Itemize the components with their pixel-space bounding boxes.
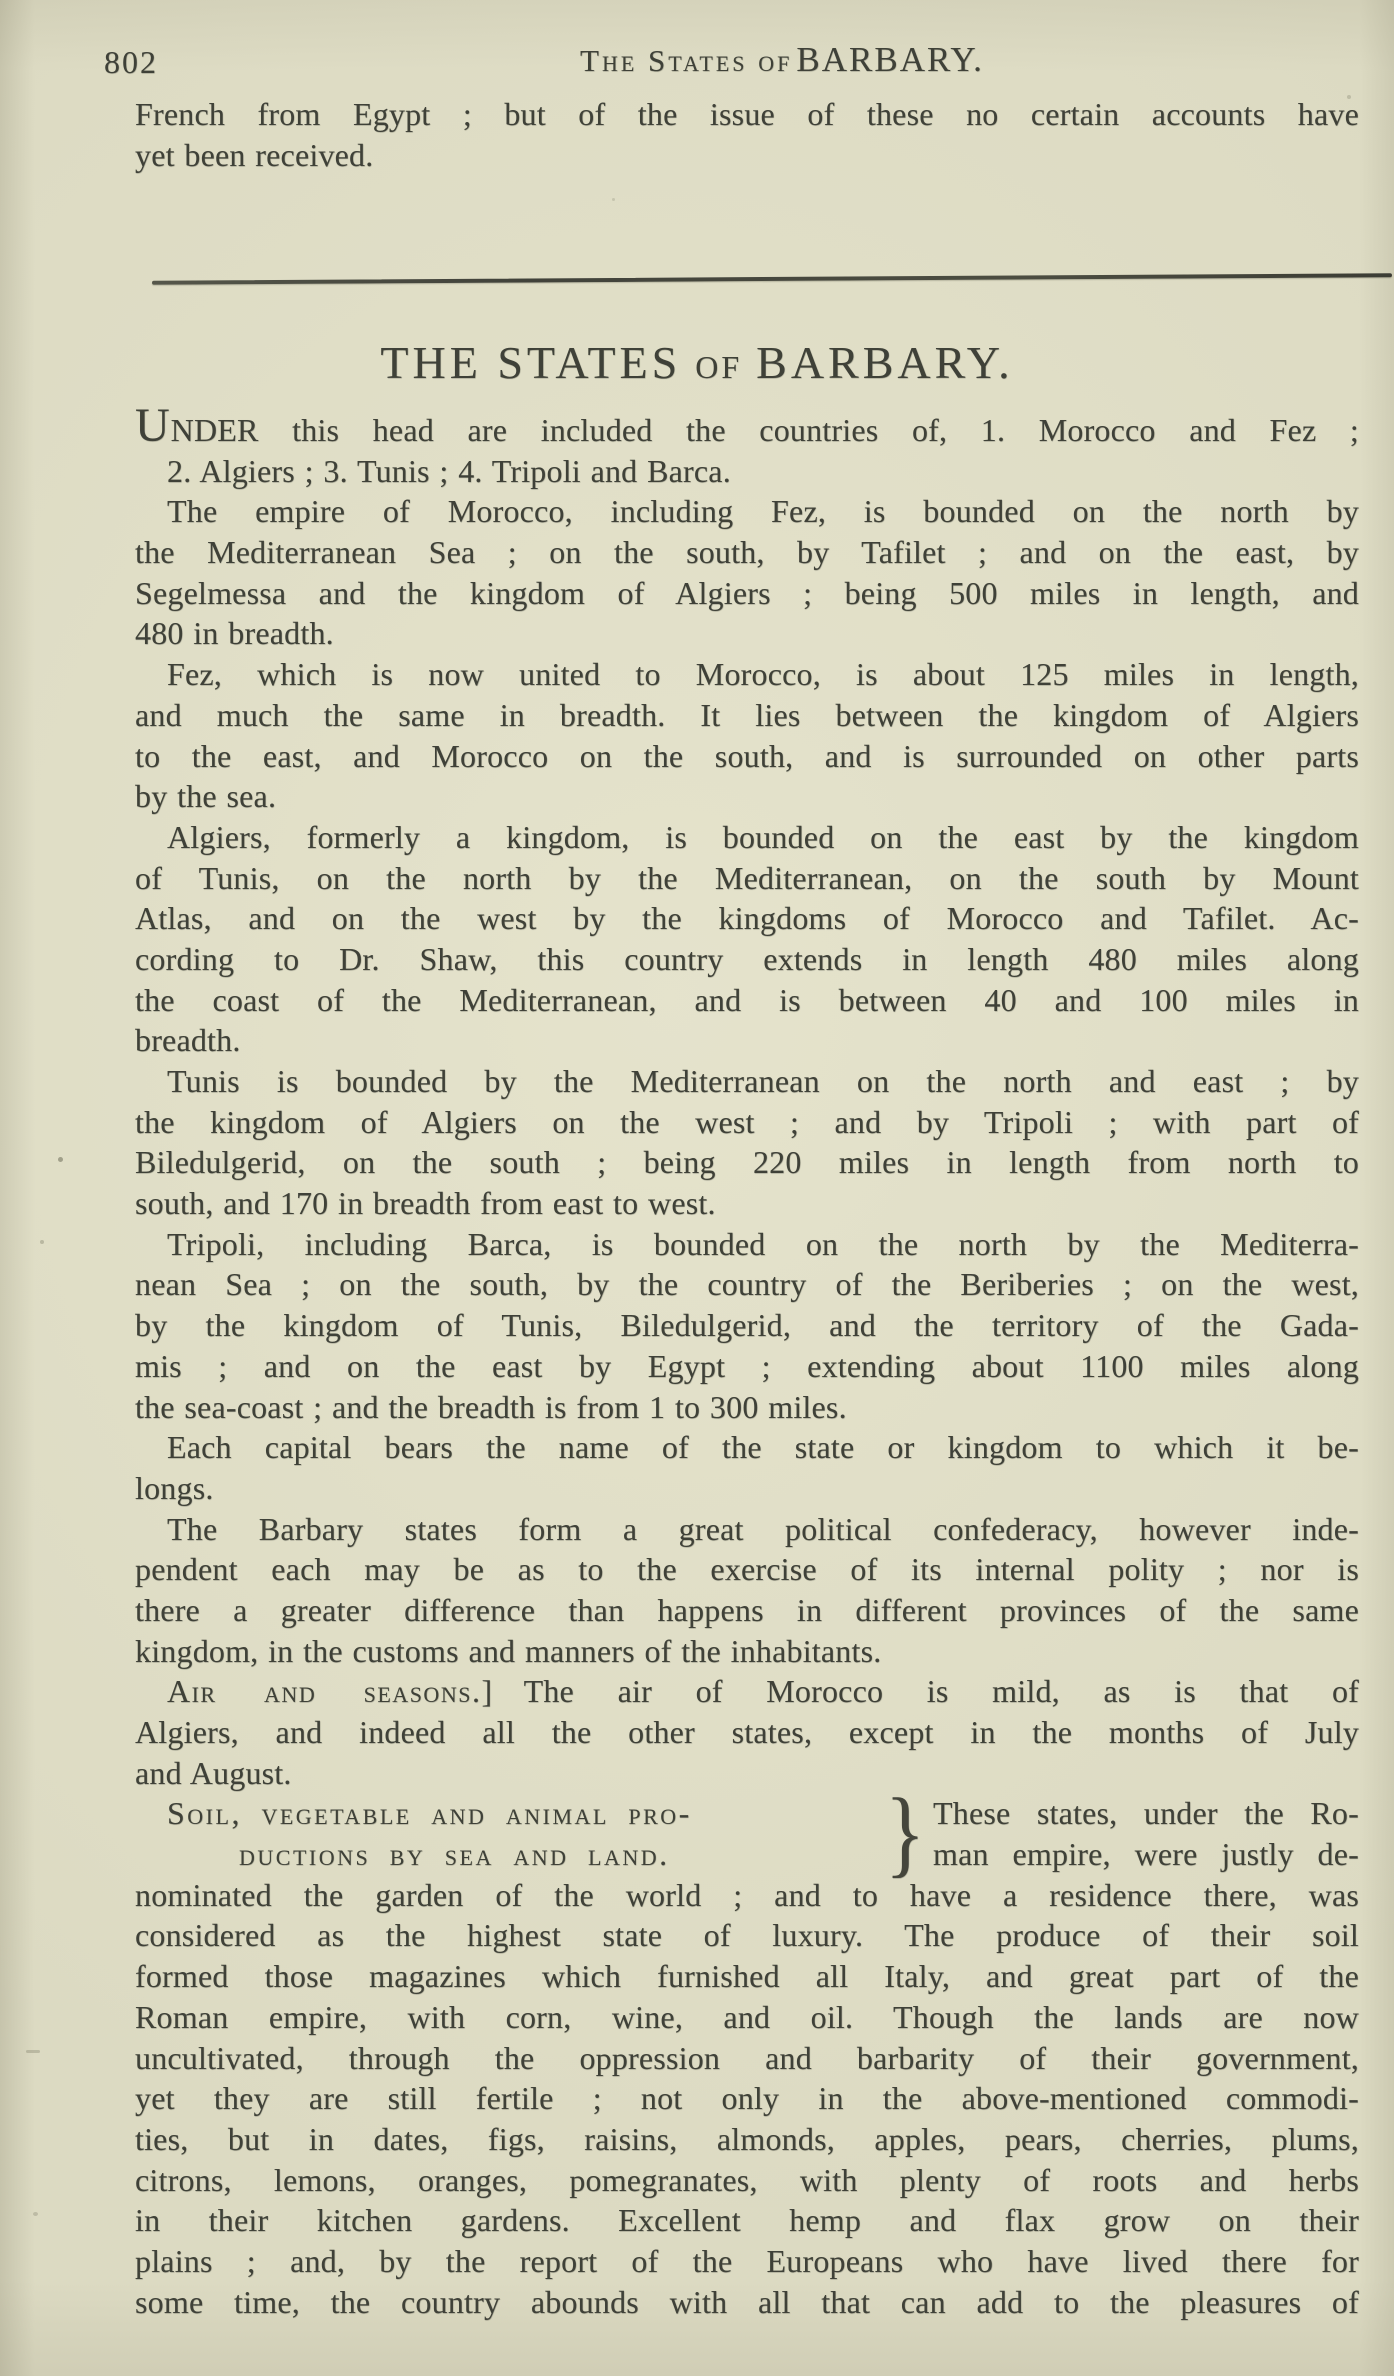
text-line: Algiers, and indeed all the other states… <box>135 1712 1359 1753</box>
text-line: Tunis is bounded by the Mediterranean on… <box>135 1061 1359 1102</box>
text-line: 480 in breadth. <box>135 613 1359 654</box>
text-line: mis ; and on the east by Egypt ; extendi… <box>135 1346 1359 1387</box>
text-line: some time, the country abounds with all … <box>135 2282 1359 2323</box>
scan-speck <box>33 2212 38 2216</box>
intro-paragraph: French from Egypt ; but of the issue of … <box>135 94 1359 175</box>
text-line: the Mediterranean Sea ; on the south, by… <box>135 532 1359 573</box>
text-line: to the east, and Morocco on the south, a… <box>135 736 1359 777</box>
soil-productions-brace-block: Soil, vegetable and animal pro-ductions … <box>135 1793 1359 1874</box>
text-line: nean Sea ; on the south, by the country … <box>135 1264 1359 1305</box>
text-line: formed those magazines which furnished a… <box>135 1956 1359 1997</box>
text-run: The air of Morocco is mild, as is that o… <box>524 1673 1359 1709</box>
text-line: Biledulgerid, on the south ; being 220 m… <box>135 1142 1359 1183</box>
text-line: French from Egypt ; but of the issue of … <box>135 94 1359 135</box>
text-line: the kingdom of Algiers on the west ; and… <box>135 1102 1359 1143</box>
section-label-line: Soil, vegetable and animal pro- <box>135 1793 877 1834</box>
brace-left-label: Soil, vegetable and animal pro-ductions … <box>135 1793 877 1874</box>
text-line: man empire, were justly de- <box>933 1834 1359 1875</box>
section-title-of: of <box>695 337 742 388</box>
text-line: pendent each may be as to the exercise o… <box>135 1549 1359 1590</box>
text-line: uncultivated, through the oppression and… <box>135 2038 1359 2079</box>
section-title-emphasis: BARBARY. <box>756 337 1013 388</box>
text-line: and August. <box>135 1753 1359 1794</box>
text-line: kingdom, in the customs and manners of t… <box>135 1631 1359 1672</box>
text-line: longs. <box>135 1468 1359 1509</box>
running-head-emphasis: BARBARY. <box>796 40 984 79</box>
text-line: in their kitchen gardens. Excellent hemp… <box>135 2200 1359 2241</box>
scan-speck <box>26 2050 40 2053</box>
running-head-lead: The States of <box>580 43 792 78</box>
text-line: yet been received. <box>135 135 1359 176</box>
text-line: The empire of Morocco, including Fez, is… <box>135 491 1359 532</box>
text-line: there a greater difference than happens … <box>135 1590 1359 1631</box>
text-line: 2. Algiers ; 3. Tunis ; 4. Tripoli and B… <box>135 451 1359 492</box>
text-line: citrons, lemons, oranges, pomegranates, … <box>135 2160 1359 2201</box>
section-label-line: ductions by sea and land. <box>135 1834 877 1875</box>
text-line: Atlas, and on the west by the kingdoms o… <box>135 898 1359 939</box>
text-line: ties, but in dates, figs, raisins, almon… <box>135 2119 1359 2160</box>
section-title: THE STATES of BARBARY. <box>0 336 1394 389</box>
text-line: Tripoli, including Barca, is bounded on … <box>135 1224 1359 1265</box>
drop-cap-letter: U <box>135 399 171 452</box>
text-line: by the kingdom of Tunis, Biledulgerid, a… <box>135 1305 1359 1346</box>
text-line: Air and seasons.]The air of Morocco is m… <box>135 1671 1359 1712</box>
body-text: UNDER this head are included the countri… <box>135 410 1359 2322</box>
scan-speck <box>1347 95 1351 99</box>
book-page: 802 The States of BARBARY. French from E… <box>0 0 1394 2376</box>
text-line: Algiers, formerly a kingdom, is bounded … <box>135 817 1359 858</box>
text-line: yet they are still fertile ; not only in… <box>135 2078 1359 2119</box>
scan-speck <box>612 198 615 201</box>
text-line: plains ; and, by the report of the Europ… <box>135 2241 1359 2282</box>
text-run: NDER this head are included the countrie… <box>171 412 1359 448</box>
text-line: Segelmessa and the kingdom of Algiers ; … <box>135 573 1359 614</box>
text-line: The Barbary states form a great politica… <box>135 1509 1359 1550</box>
text-line: breadth. <box>135 1020 1359 1061</box>
text-line: cording to Dr. Shaw, this country extend… <box>135 939 1359 980</box>
section-title-main: THE STATES <box>380 337 681 388</box>
scan-speck <box>58 1157 63 1162</box>
brace-right-text: These states, under the Ro-man empire, w… <box>933 1793 1359 1874</box>
text-line: UNDER this head are included the countri… <box>135 410 1359 451</box>
text-line: Roman empire, with corn, wine, and oil. … <box>135 1997 1359 2038</box>
text-line: and much the same in breadth. It lies be… <box>135 695 1359 736</box>
text-line: of Tunis, on the north by the Mediterran… <box>135 858 1359 899</box>
running-head: The States of BARBARY. <box>0 40 1394 80</box>
text-line: considered as the highest state of luxur… <box>135 1915 1359 1956</box>
curly-brace-glyph: } <box>881 1793 929 1874</box>
text-line: These states, under the Ro- <box>933 1793 1359 1834</box>
section-divider-rule <box>152 273 1392 285</box>
text-line: by the sea. <box>135 776 1359 817</box>
text-line: the coast of the Mediterranean, and is b… <box>135 980 1359 1021</box>
text-line: Fez, which is now united to Morocco, is … <box>135 654 1359 695</box>
text-line: south, and 170 in breadth from east to w… <box>135 1183 1359 1224</box>
scan-speck <box>40 1240 44 1244</box>
text-line: nominated the garden of the world ; and … <box>135 1875 1359 1916</box>
text-line: Each capital bears the name of the state… <box>135 1427 1359 1468</box>
text-line: the sea-coast ; and the breadth is from … <box>135 1387 1359 1428</box>
section-label: Air and seasons.] <box>167 1673 494 1709</box>
